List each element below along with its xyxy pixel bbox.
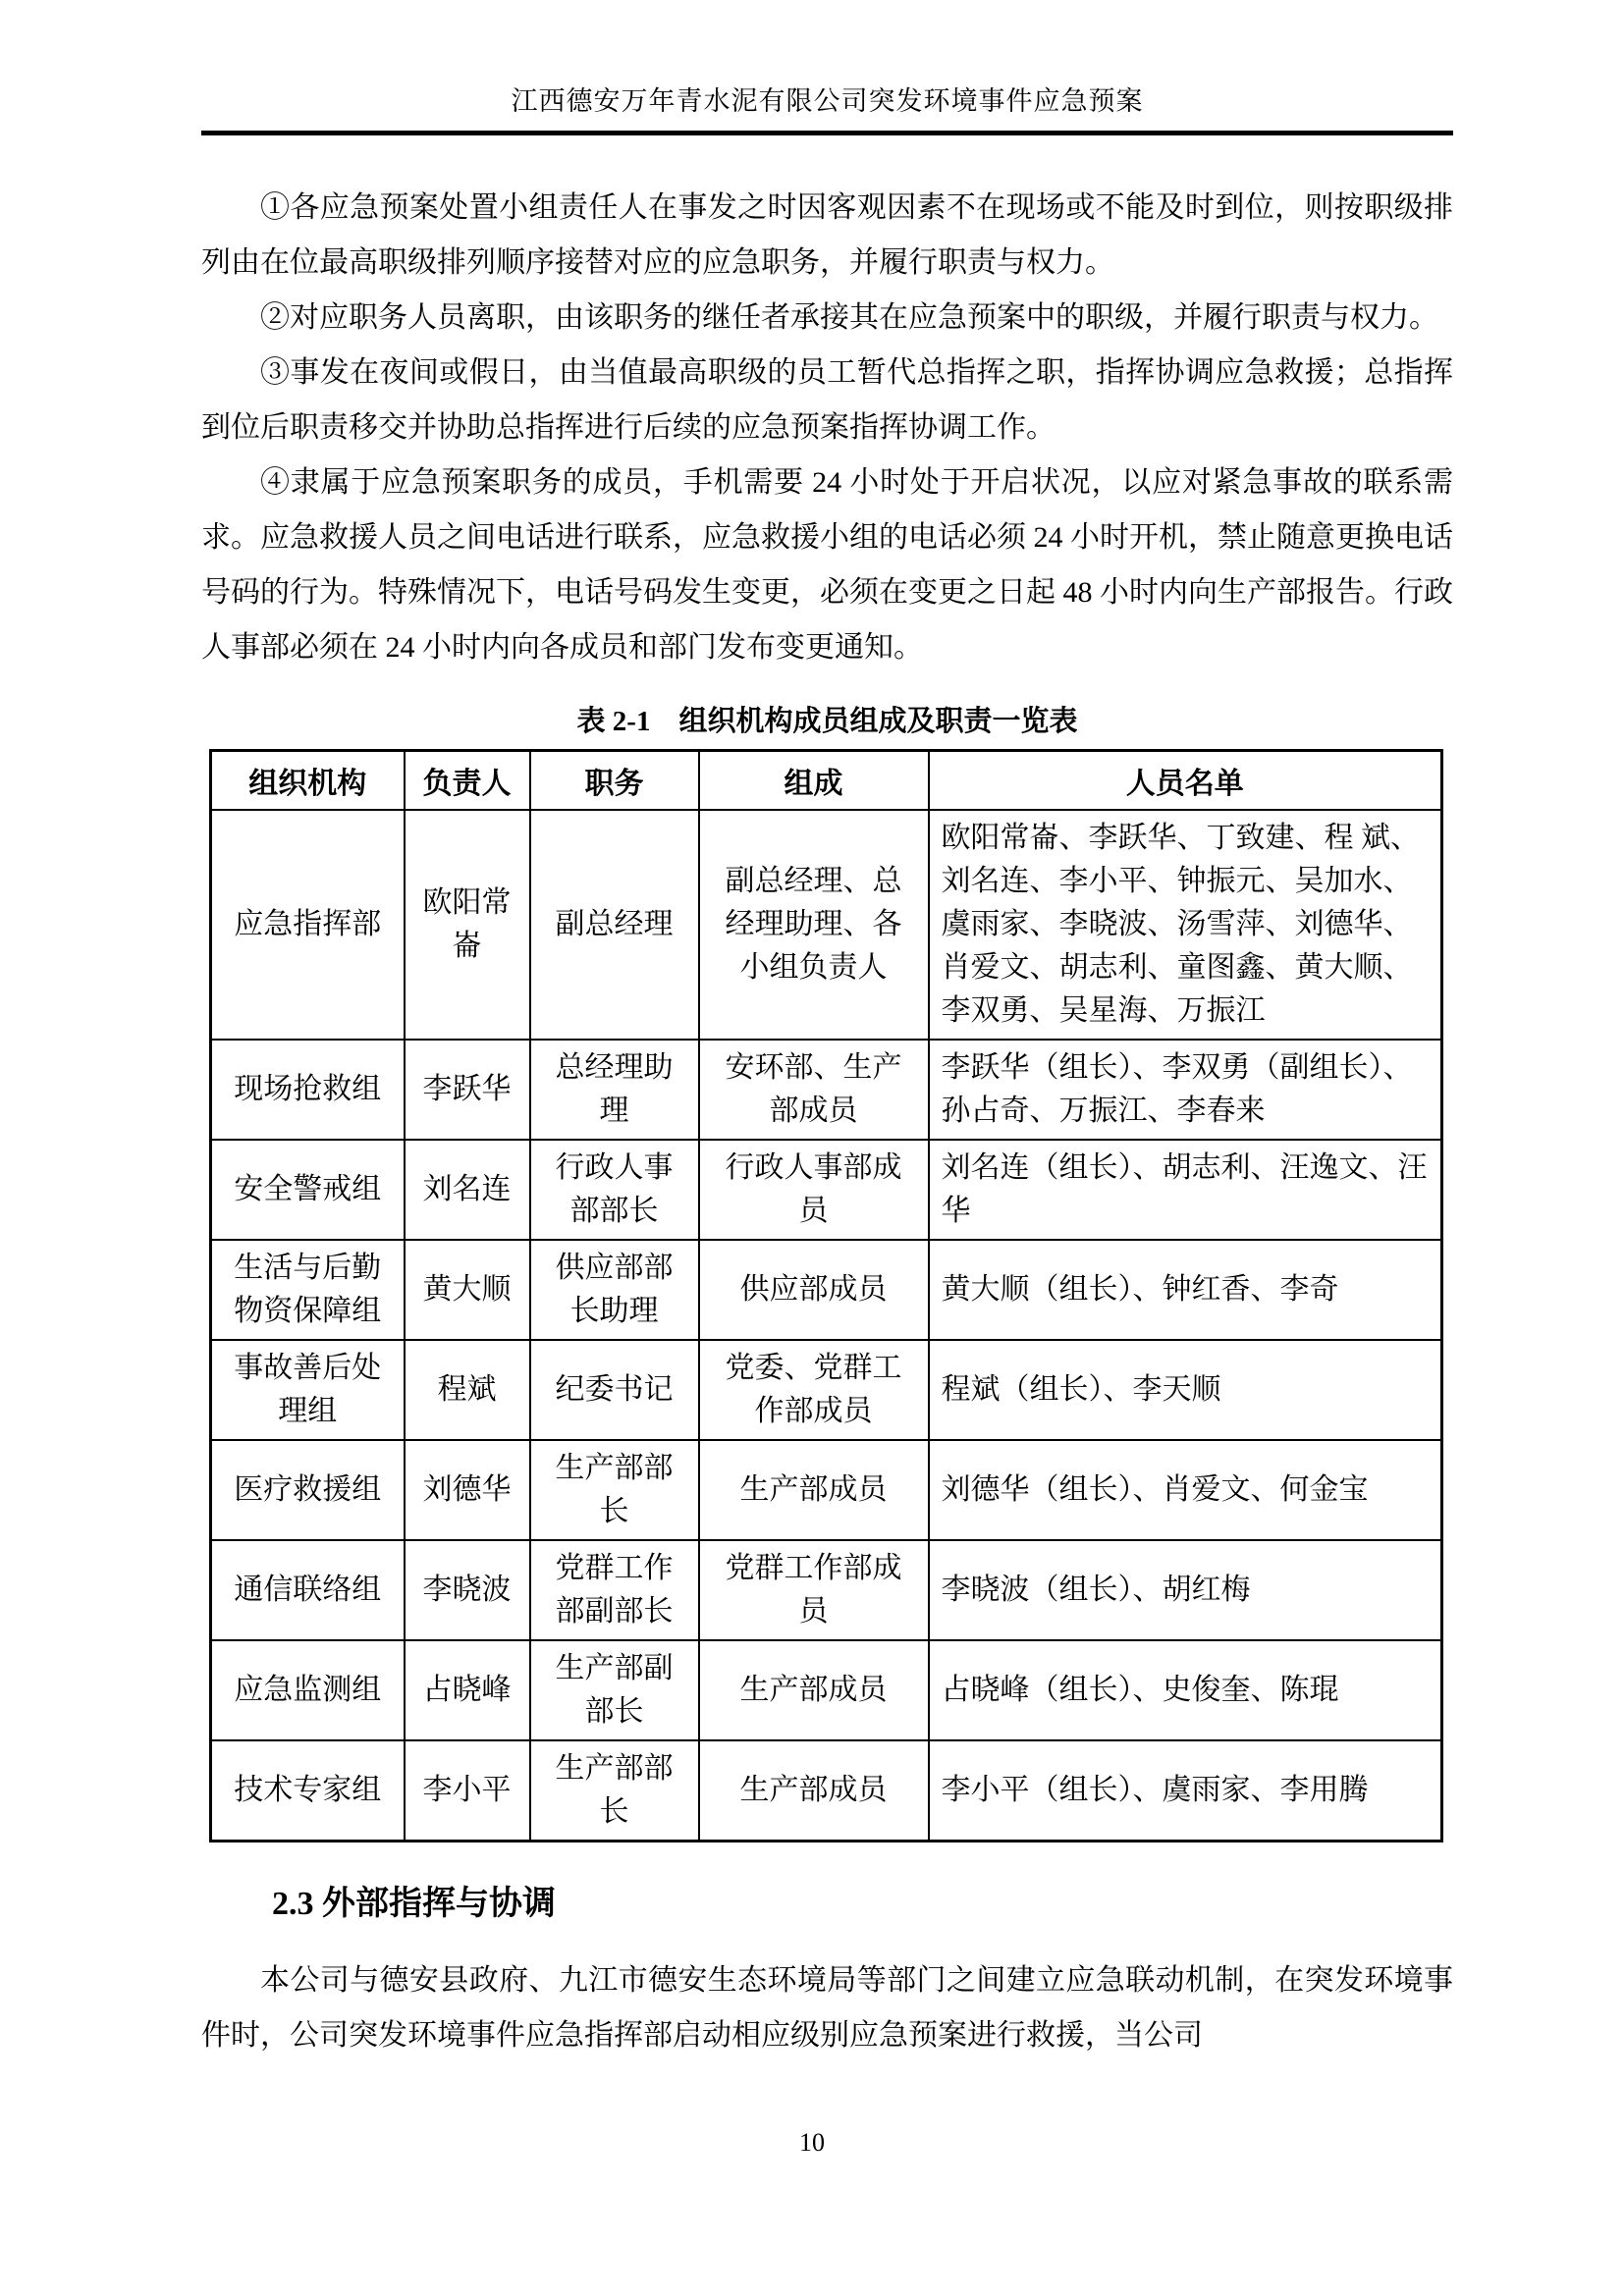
paragraph-2: ②对应职务人员离职，由该职务的继任者承接其在应急预案中的职级，并履行职责与权力。 (201, 291, 1453, 346)
column-header-org: 组织机构 (211, 751, 405, 811)
cell-position: 纪委书记 (530, 1340, 699, 1440)
cell-org: 技术专家组 (211, 1740, 405, 1842)
cell-members: 李跃华（组长）、李双勇（副组长）、孙占奇、万振江、李春来 (929, 1040, 1442, 1140)
cell-leader: 欧阳常崙 (405, 810, 530, 1040)
cell-members: 刘德华（组长）、肖爱文、何金宝 (929, 1440, 1442, 1540)
cell-org: 应急指挥部 (211, 810, 405, 1040)
cell-org: 事故善后处理组 (211, 1340, 405, 1440)
cell-position: 生产部部长 (530, 1440, 699, 1540)
cell-members: 程斌（组长）、李天顺 (929, 1340, 1442, 1440)
column-header-members: 人员名单 (929, 751, 1442, 811)
cell-composition: 副总经理、总经理助理、各小组负责人 (699, 810, 929, 1040)
paragraph-4: ④隶属于应急预案职务的成员，手机需要 24 小时处于开启状况，以应对紧急事故的联… (201, 455, 1453, 675)
cell-leader: 占晓峰 (405, 1640, 530, 1740)
cell-composition: 安环部、生产部成员 (699, 1040, 929, 1140)
table-row: 事故善后处理组 程斌 纪委书记 党委、党群工作部成员 程斌（组长）、李天顺 (211, 1340, 1442, 1440)
cell-leader: 黄大顺 (405, 1240, 530, 1340)
cell-org: 安全警戒组 (211, 1140, 405, 1240)
cell-members: 欧阳常崙、李跃华、丁致建、程 斌、刘名连、李小平、钟振元、吴加水、虞雨家、李晓波… (929, 810, 1442, 1040)
table-row: 技术专家组 李小平 生产部部长 生产部成员 李小平（组长）、虞雨家、李用腾 (211, 1740, 1442, 1842)
cell-members: 刘名连（组长）、胡志利、汪逸文、汪华 (929, 1140, 1442, 1240)
cell-position: 行政人事部部长 (530, 1140, 699, 1240)
table-row: 通信联络组 李晓波 党群工作部副部长 党群工作部成员 李晓波（组长）、胡红梅 (211, 1540, 1442, 1640)
cell-leader: 李小平 (405, 1740, 530, 1842)
header-title: 江西德安万年青水泥有限公司突发环境事件应急预案 (201, 84, 1453, 118)
cell-members: 李小平（组长）、虞雨家、李用腾 (929, 1740, 1442, 1842)
cell-org: 医疗救援组 (211, 1440, 405, 1540)
cell-composition: 党群工作部成员 (699, 1540, 929, 1640)
cell-composition: 行政人事部成员 (699, 1140, 929, 1240)
paragraph-3: ③事发在夜间或假日，由当值最高职级的员工暂代总指挥之职，指挥协调应急救援；总指挥… (201, 346, 1453, 455)
table-header-row: 组织机构 负责人 职务 组成 人员名单 (211, 751, 1442, 811)
cell-position: 总经理助理 (530, 1040, 699, 1140)
cell-org: 通信联络组 (211, 1540, 405, 1640)
cell-composition: 生产部成员 (699, 1640, 929, 1740)
cell-leader: 刘名连 (405, 1140, 530, 1240)
cell-org: 现场抢救组 (211, 1040, 405, 1140)
cell-leader: 刘德华 (405, 1440, 530, 1540)
paragraph-1: ①各应急预案处置小组责任人在事发之时因客观因素不在现场或不能及时到位，则按职级排… (201, 181, 1453, 291)
table-row: 医疗救援组 刘德华 生产部部长 生产部成员 刘德华（组长）、肖爱文、何金宝 (211, 1440, 1442, 1540)
cell-position: 供应部部长助理 (530, 1240, 699, 1340)
cell-leader: 李晓波 (405, 1540, 530, 1640)
cell-position: 党群工作部副部长 (530, 1540, 699, 1640)
closing-paragraph: 本公司与德安县政府、九江市德安生态环境局等部门之间建立应急联动机制，在突发环境事… (201, 1953, 1453, 2063)
cell-leader: 李跃华 (405, 1040, 530, 1140)
page-body: ①各应急预案处置小组责任人在事发之时因客观因素不在现场或不能及时到位，则按职级排… (0, 181, 1624, 2063)
cell-members: 李晓波（组长）、胡红梅 (929, 1540, 1442, 1640)
cell-org: 应急监测组 (211, 1640, 405, 1740)
table-row: 生活与后勤物资保障组 黄大顺 供应部部长助理 供应部成员 黄大顺（组长）、钟红香… (211, 1240, 1442, 1340)
column-header-composition: 组成 (699, 751, 929, 811)
table-row: 应急监测组 占晓峰 生产部副部长 生产部成员 占晓峰（组长）、史俊奎、陈琨 (211, 1640, 1442, 1740)
cell-position: 生产部部长 (530, 1740, 699, 1842)
cell-members: 占晓峰（组长）、史俊奎、陈琨 (929, 1640, 1442, 1740)
cell-leader: 程斌 (405, 1340, 530, 1440)
cell-org: 生活与后勤物资保障组 (211, 1240, 405, 1340)
column-header-position: 职务 (530, 751, 699, 811)
column-header-leader: 负责人 (405, 751, 530, 811)
page-header: 江西德安万年青水泥有限公司突发环境事件应急预案 (0, 0, 1624, 135)
table-row: 现场抢救组 李跃华 总经理助理 安环部、生产部成员 李跃华（组长）、李双勇（副组… (211, 1040, 1442, 1140)
cell-members: 黄大顺（组长）、钟红香、李奇 (929, 1240, 1442, 1340)
cell-position: 生产部副部长 (530, 1640, 699, 1740)
cell-position: 副总经理 (530, 810, 699, 1040)
section-heading: 2.3 外部指挥与协调 (272, 1876, 1453, 1924)
org-structure-table: 组织机构 负责人 职务 组成 人员名单 应急指挥部 欧阳常崙 副总经理 副总经理… (209, 749, 1443, 1842)
cell-composition: 党委、党群工作部成员 (699, 1340, 929, 1440)
table-row: 安全警戒组 刘名连 行政人事部部长 行政人事部成员 刘名连（组长）、胡志利、汪逸… (211, 1140, 1442, 1240)
cell-composition: 供应部成员 (699, 1240, 929, 1340)
header-rule (201, 131, 1453, 135)
page-number: 10 (0, 2128, 1624, 2158)
table-row: 应急指挥部 欧阳常崙 副总经理 副总经理、总经理助理、各小组负责人 欧阳常崙、李… (211, 810, 1442, 1040)
document-page: 江西德安万年青水泥有限公司突发环境事件应急预案 ①各应急预案处置小组责任人在事发… (0, 0, 1624, 2296)
cell-composition: 生产部成员 (699, 1740, 929, 1842)
table-caption: 表 2-1 组织机构成员组成及职责一览表 (201, 699, 1453, 739)
cell-composition: 生产部成员 (699, 1440, 929, 1540)
